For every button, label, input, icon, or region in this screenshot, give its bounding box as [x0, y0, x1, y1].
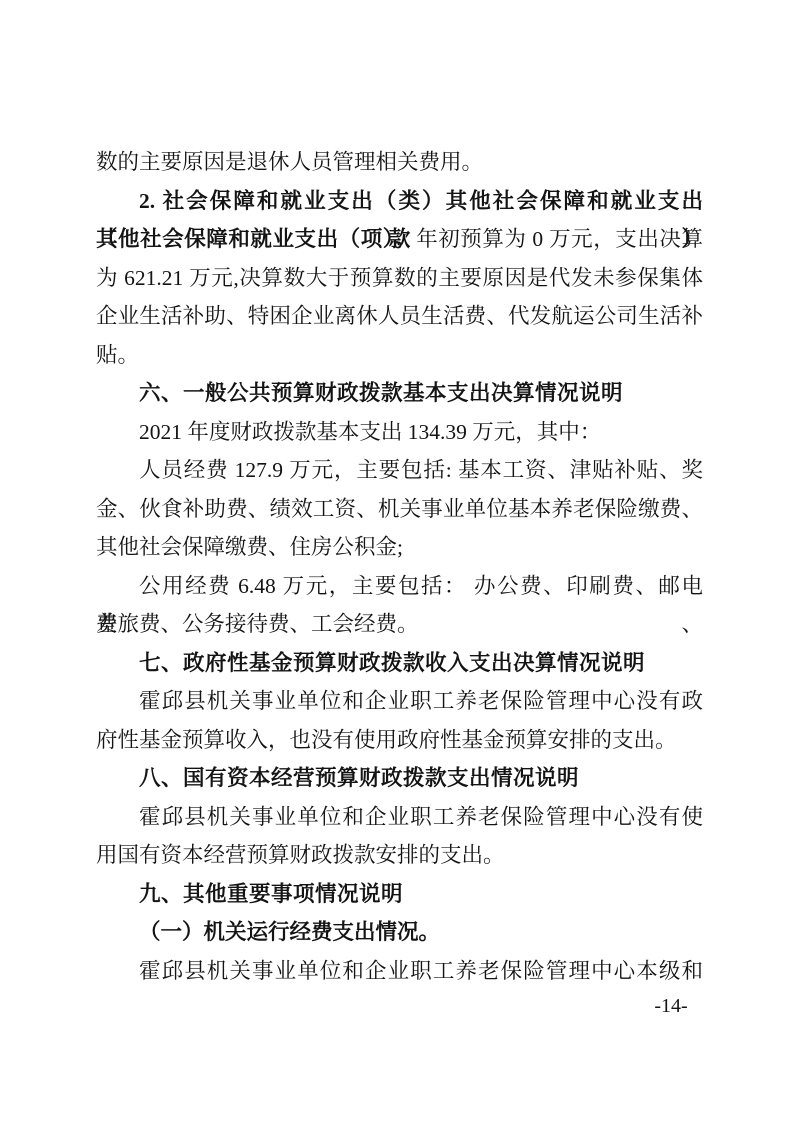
paragraph-line: 霍邱县机关事业单位和企业职工养老保险管理中心本级和: [96, 952, 703, 991]
sub-heading-1: （一）机关运行经费支出情况。: [96, 913, 703, 952]
paragraph-line-mixed: 其他社会保障和就业支出（项）。年初预算为 0 万元，支出决算: [96, 220, 703, 259]
bold-segment: 其他社会保障和就业支出（项）。: [96, 227, 416, 251]
document-body: 数的主要原因是退休人员管理相关费用。 2. 社会保障和就业支出（类）其他社会保障…: [96, 143, 703, 990]
normal-segment: 年初预算为 0 万元，支出决算: [416, 227, 703, 251]
paragraph-line: 霍邱县机关事业单位和企业职工养老保险管理中心没有政: [96, 682, 703, 721]
paragraph-line: 其他社会保障缴费、住房公积金;: [96, 528, 703, 567]
paragraph-line: 人员经费 127.9 万元，主要包括: 基本工资、津贴补贴、奖: [96, 451, 703, 490]
section-heading-6: 六、一般公共预算财政拨款基本支出决算情况说明: [96, 374, 703, 413]
paragraph-line: 用国有资本经营预算财政拨款安排的支出。: [96, 836, 703, 875]
paragraph-line: 数的主要原因是退休人员管理相关费用。: [96, 143, 703, 182]
paragraph-line-bold: 2. 社会保障和就业支出（类）其他社会保障和就业支出（款）: [96, 182, 703, 221]
paragraph-line: 府性基金预算收入，也没有使用政府性基金预算安排的支出。: [96, 721, 703, 760]
section-heading-8: 八、国有资本经营预算财政拨款支出情况说明: [96, 759, 703, 798]
paragraph-line: 霍邱县机关事业单位和企业职工养老保险管理中心没有使: [96, 798, 703, 837]
paragraph-line: 贴。: [96, 336, 703, 375]
paragraph-line: 企业生活补助、特困企业离休人员生活费、代发航运公司生活补: [96, 297, 703, 336]
paragraph-line: 公用经费 6.48 万元，主要包括： 办公费、印刷费、邮电费、: [96, 567, 703, 606]
page-number: -14-: [641, 994, 701, 1018]
paragraph-line: 为 621.21 万元,决算数大于预算数的主要原因是代发未参保集体: [96, 259, 703, 298]
paragraph-line: 2021 年度财政拨款基本支出 134.39 万元，其中：: [96, 413, 703, 452]
paragraph-line: 金、伙食补助费、绩效工资、机关事业单位基本养老保险缴费、: [96, 490, 703, 529]
section-heading-9: 九、其他重要事项情况说明: [96, 875, 703, 914]
section-heading-7: 七、政府性基金预算财政拨款收入支出决算情况说明: [96, 644, 703, 683]
